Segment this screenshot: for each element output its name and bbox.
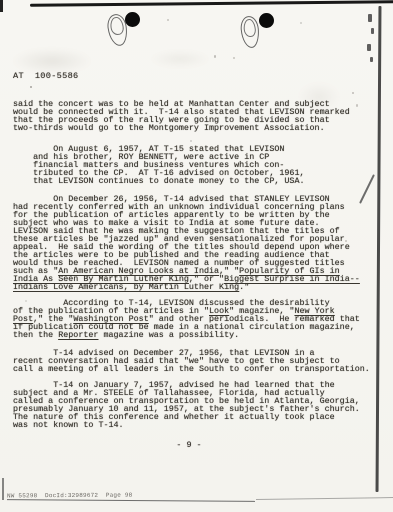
bottom-left-edge-mark [2, 478, 4, 500]
paragraph: said the concert was to be held at Manha… [13, 100, 385, 132]
noise-speck [167, 19, 169, 21]
bottom-edge-line [256, 497, 393, 500]
footer-stamp: NW 55298 DocId:32989672 Page 98 [7, 492, 132, 500]
file-number: AT 100-5586 [13, 72, 79, 81]
noise-speck [214, 55, 216, 58]
noise-speck [300, 22, 302, 24]
paragraph: On August 6, 1957, AT T-15 stated that L… [13, 145, 385, 185]
edge-tick-mark [368, 14, 372, 22]
top-left-edge-mark [0, 0, 3, 12]
page-top-edge-line [30, 0, 393, 7]
text-line: was not known to T-14. [13, 421, 385, 429]
page-number: - 9 - [0, 441, 378, 450]
edge-tick-mark [371, 28, 374, 34]
edge-tick-mark [367, 44, 371, 51]
punch-hole-filled-icon [125, 12, 140, 27]
text-line: call a meeting of all leaders in the Sou… [13, 365, 385, 373]
text-line: that LEVISON continues to donate money t… [13, 177, 385, 185]
text-line: Indians Love Americans, by Martin Luther… [13, 283, 385, 291]
scanned-page: AT 100-5586 said the concert was to be h… [0, 0, 393, 512]
noise-speck [352, 92, 354, 94]
punch-hole-outline-icon [240, 15, 261, 48]
noise-speck [233, 57, 235, 59]
noise-speck [30, 86, 32, 88]
paragraph: On December 26, 1956, T-14 advised that … [13, 195, 385, 291]
photocopy-smudge [150, 50, 210, 68]
paragraph: T-14 advised on December 27, 1956, that … [13, 349, 385, 373]
text-line: then the Reporter magazine was a possibi… [13, 331, 385, 339]
paragraph: According to T-14, LEVISON discussed the… [13, 299, 385, 339]
document-body: said the concert was to be held at Manha… [13, 100, 385, 429]
edge-tick-mark [370, 57, 373, 62]
text-line: two-thirds would go to the Montgomery Im… [13, 124, 385, 132]
punch-hole-filled-icon [259, 13, 274, 28]
paragraph: T-14 on January 7, 1957, advised he had … [13, 381, 385, 429]
footer-underline [7, 499, 255, 502]
